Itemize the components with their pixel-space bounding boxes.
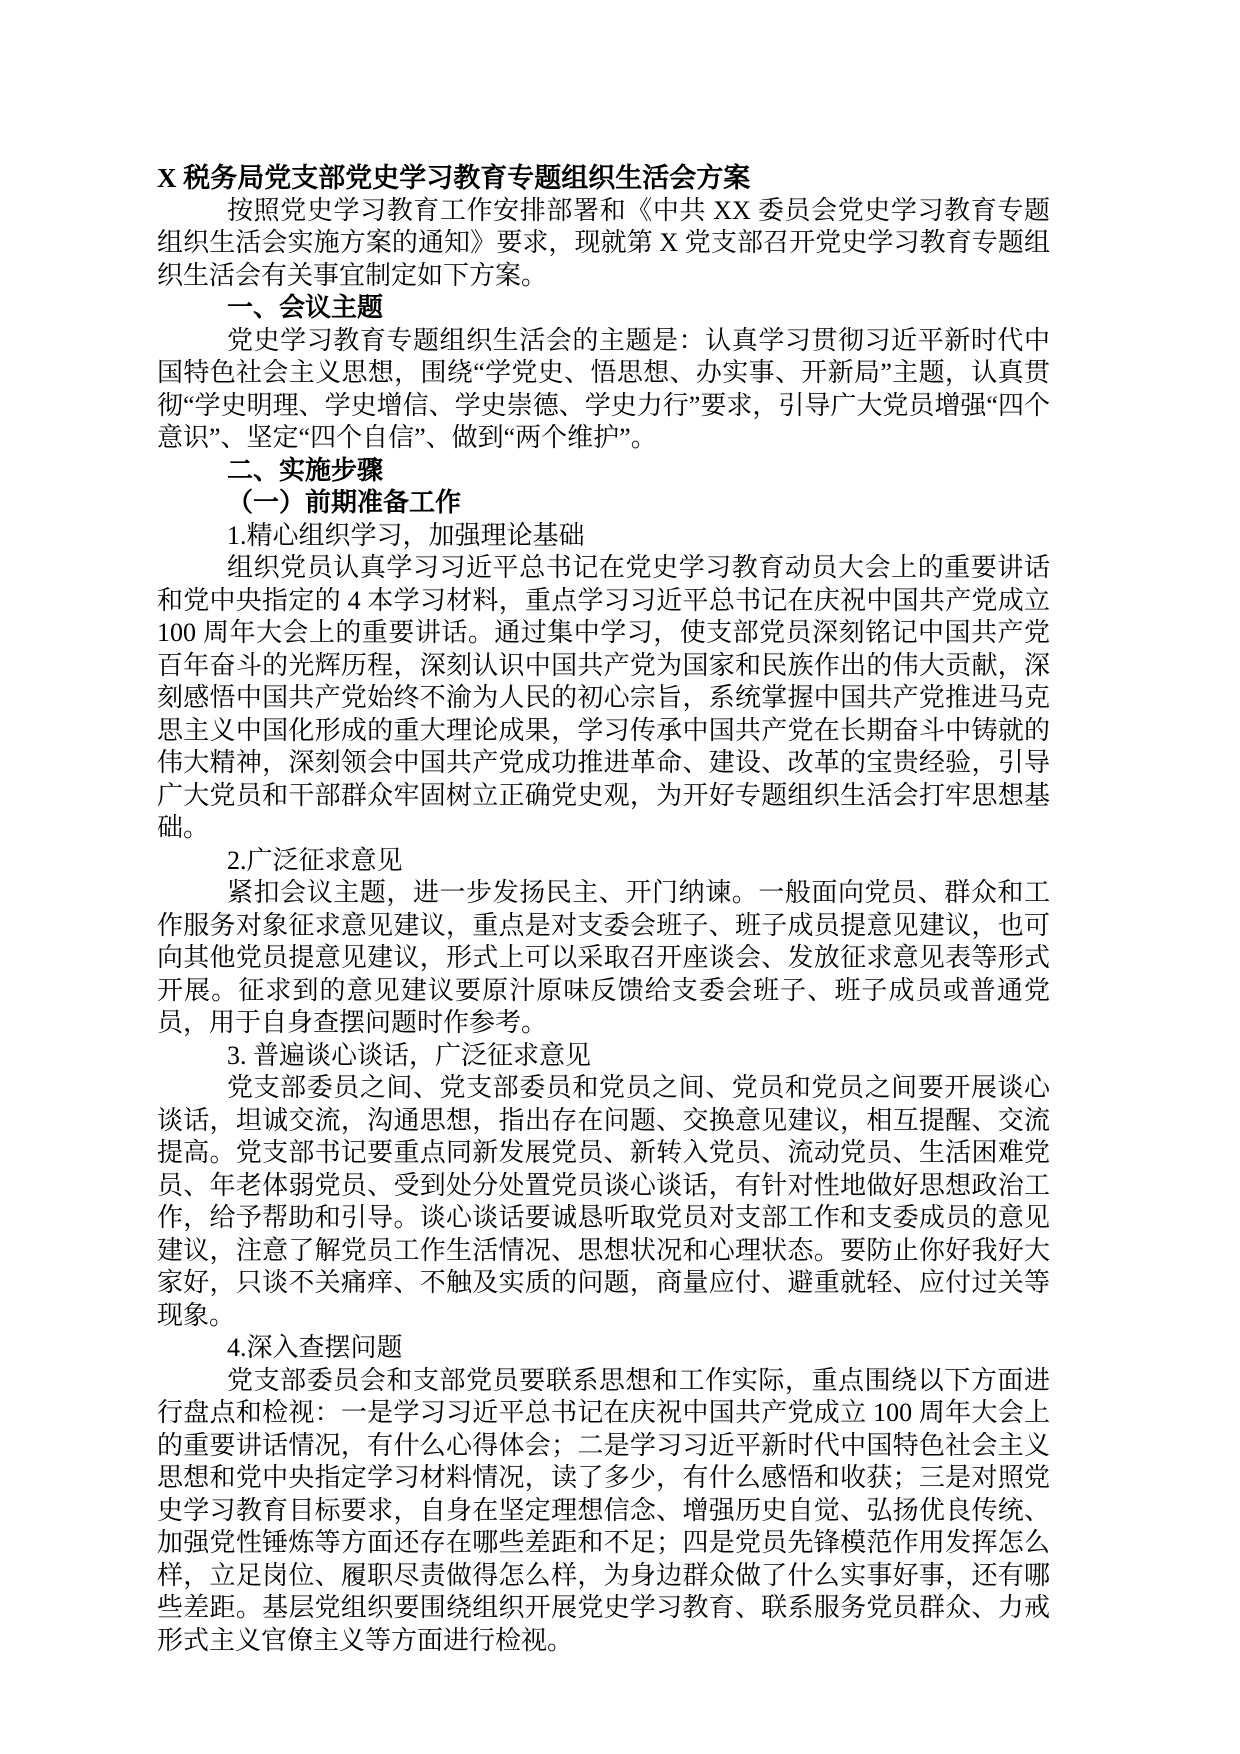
organize-study-paragraph: 组织党员认真学习习近平总书记在党史学习教育动员大会上的重要讲话和党中央指定的 4… [157, 552, 1050, 845]
item-2-solicit-opinions-title: 2.广泛征求意见 [157, 845, 1050, 878]
document-page: X 税务局党支部党史学习教育专题组织生活会方案 按照党史学习教育工作安排部署和《… [0, 0, 1240, 1754]
item-4-examine-problems-title: 4.深入查摆问题 [157, 1332, 1050, 1365]
solicit-opinions-paragraph: 紧扣会议主题，进一步发扬民主、开门纳谏。一般面向党员、群众和工作服务对象征求意见… [157, 877, 1050, 1040]
item-3-heart-to-heart-talks-title: 3. 普遍谈心谈话，广泛征求意见 [157, 1040, 1050, 1073]
heading-meeting-theme: 一、会议主题 [157, 292, 1050, 325]
examine-problems-paragraph: 党支部委员会和支部党员要联系思想和工作实际，重点围绕以下方面进行盘点和检视：一是… [157, 1365, 1050, 1658]
meeting-theme-paragraph: 党史学习教育专题组织生活会的主题是：认真学习贯彻习近平新时代中国特色社会主义思想… [157, 325, 1050, 455]
heart-to-heart-talks-paragraph: 党支部委员之间、党支部委员和党员之间、党员和党员之间要开展谈心谈话，坦诚交流，沟… [157, 1072, 1050, 1332]
heading-implementation-steps: 二、实施步骤 [157, 455, 1050, 488]
document-title: X 税务局党支部党史学习教育专题组织生活会方案 [157, 162, 1050, 195]
item-1-organize-study-title: 1.精心组织学习，加强理论基础 [157, 520, 1050, 553]
intro-paragraph: 按照党史学习教育工作安排部署和《中共 XX 委员会党史学习教育专题组织生活会实施… [157, 195, 1050, 293]
heading-preparation-work: （一）前期准备工作 [157, 487, 1050, 520]
